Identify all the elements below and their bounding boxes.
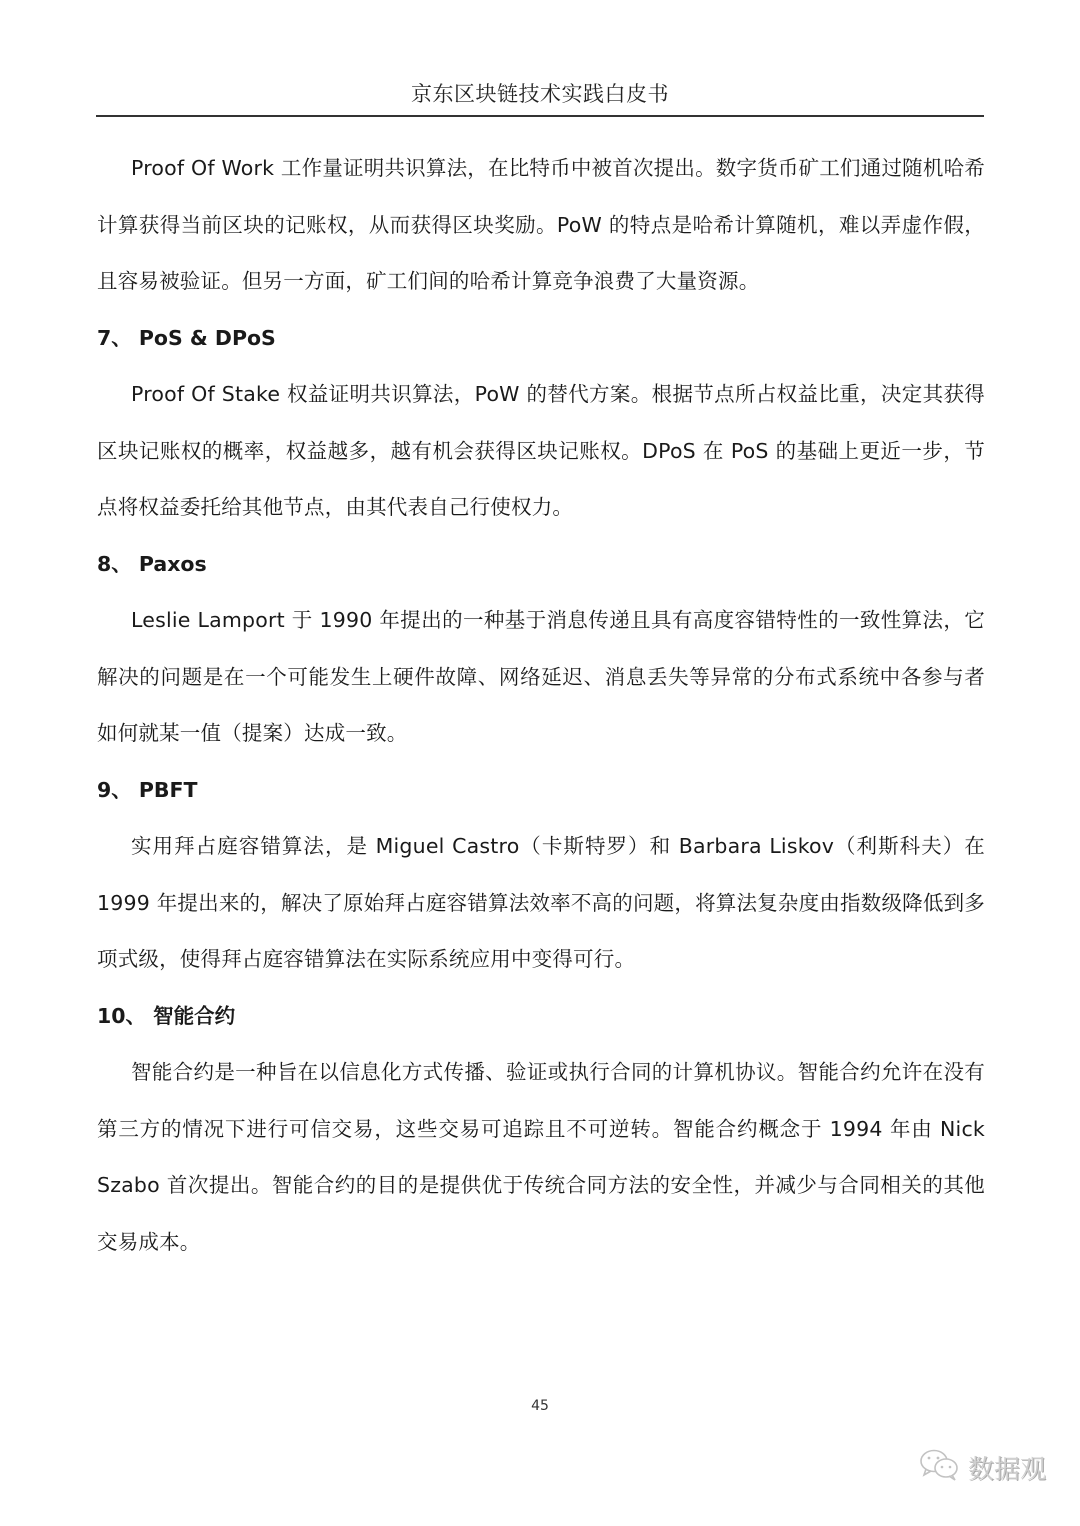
paragraph-paxos: Leslie Lamport 于 1990 年提出的一种基于消息传递且具有高度容… xyxy=(97,592,985,762)
watermark-text: 数据观 xyxy=(968,1449,1046,1486)
header-rule xyxy=(96,115,984,117)
paragraph-pos-dpos: Proof Of Stake 权益证明共识算法，PoW 的替代方案。根据节点所占… xyxy=(97,366,985,536)
paragraph-pow: Proof Of Work 工作量证明共识算法，在比特币中被首次提出。数字货币矿… xyxy=(97,140,985,310)
heading-paxos: 8、 Paxos xyxy=(97,536,985,593)
heading-pbft: 9、 PBFT xyxy=(97,762,985,819)
page-header: 京东区块链技术实践白皮书 xyxy=(96,78,984,108)
wechat-icon xyxy=(918,1448,962,1486)
heading-smart-contract: 10、 智能合约 xyxy=(97,988,985,1045)
watermark: 数据观 xyxy=(918,1448,1046,1486)
paragraph-smart-contract: 智能合约是一种旨在以信息化方式传播、验证或执行合同的计算机协议。智能合约允许在没… xyxy=(97,1044,985,1270)
page-number: 45 xyxy=(0,1398,1080,1414)
paragraph-pbft: 实用拜占庭容错算法，是 Miguel Castro（卡斯特罗）和 Barbara… xyxy=(97,818,985,988)
heading-pos-dpos: 7、 PoS & DPoS xyxy=(97,310,985,367)
document-body: Proof Of Work 工作量证明共识算法，在比特币中被首次提出。数字货币矿… xyxy=(97,140,985,1270)
